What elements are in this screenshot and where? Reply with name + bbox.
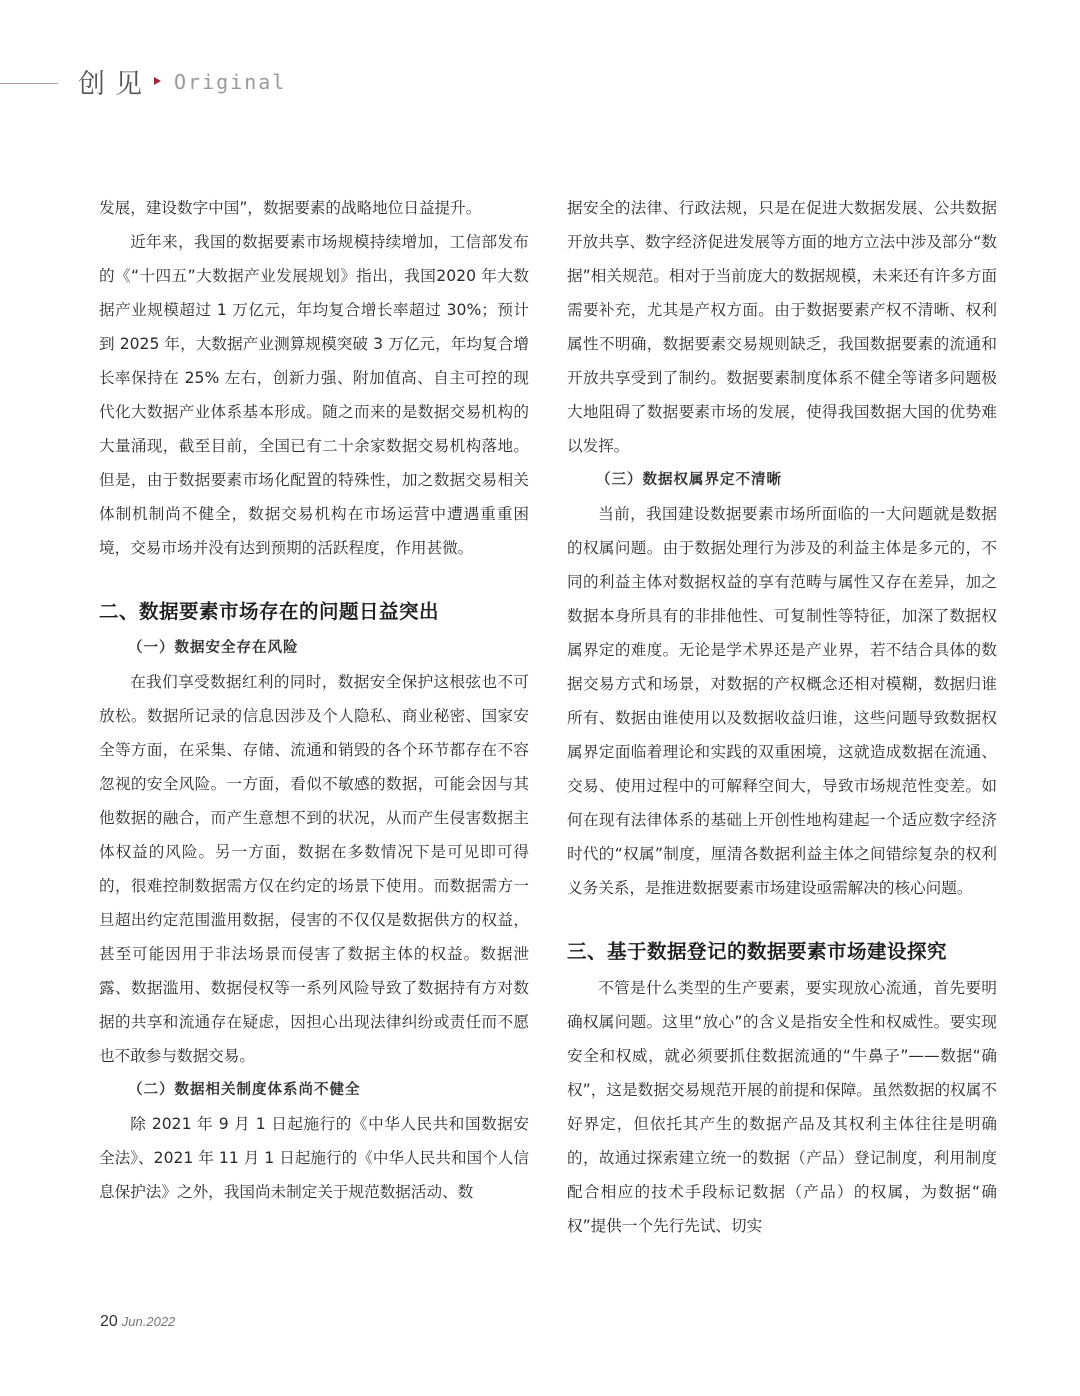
subsection-heading: （二）数据相关制度体系尚不健全 bbox=[99, 1073, 529, 1107]
section-heading: 三、基于数据登记的数据要素市场建设探究 bbox=[567, 937, 997, 967]
column-title: 创见 bbox=[78, 62, 152, 101]
column-subtitle: Original bbox=[174, 70, 286, 94]
issue-date: Jun.2022 bbox=[122, 1314, 176, 1329]
paragraph: 在我们享受数据红利的同时，数据安全保护这根弦也不可放松。数据所记录的信息因涉及个… bbox=[99, 665, 529, 1073]
paragraph: 除 2021 年 9 月 1 日起施行的《中华人民共和国数据安全法》、2021 … bbox=[99, 1107, 529, 1209]
spacer bbox=[567, 905, 997, 939]
left-column: 发展，建设数字中国”，数据要素的战略地位日益提升。 近年来，我国的数据要素市场规… bbox=[99, 191, 529, 1209]
right-column: 据安全的法律、行政法规，只是在促进大数据发展、公共数据开放共享、数字经济促进发展… bbox=[567, 191, 997, 1243]
triangle-arrow-icon bbox=[154, 77, 161, 85]
paragraph: 不管是什么类型的生产要素，要实现放心流通，首先要明确权属问题。这里“放心”的含义… bbox=[567, 971, 997, 1243]
header-rule bbox=[0, 83, 58, 84]
section-heading: 二、数据要素市场存在的问题日益突出 bbox=[99, 597, 529, 627]
subsection-heading: （三）数据权属界定不清晰 bbox=[567, 463, 997, 497]
paragraph: 据安全的法律、行政法规，只是在促进大数据发展、公共数据开放共享、数字经济促进发展… bbox=[567, 191, 997, 463]
paragraph: 发展，建设数字中国”，数据要素的战略地位日益提升。 bbox=[99, 191, 529, 225]
paragraph: 近年来，我国的数据要素市场规模持续增加，工信部发布的《“十四五”大数据产业发展规… bbox=[99, 225, 529, 565]
subsection-heading: （一）数据安全存在风险 bbox=[99, 631, 529, 665]
paragraph: 当前，我国建设数据要素市场所面临的一大问题就是数据的权属问题。由于数据处理行为涉… bbox=[567, 497, 997, 905]
spacer bbox=[99, 565, 529, 599]
page-footer: 20Jun.2022 bbox=[100, 1313, 175, 1331]
page-header: 创见 Original bbox=[0, 62, 600, 106]
page-number: 20 bbox=[100, 1313, 118, 1330]
